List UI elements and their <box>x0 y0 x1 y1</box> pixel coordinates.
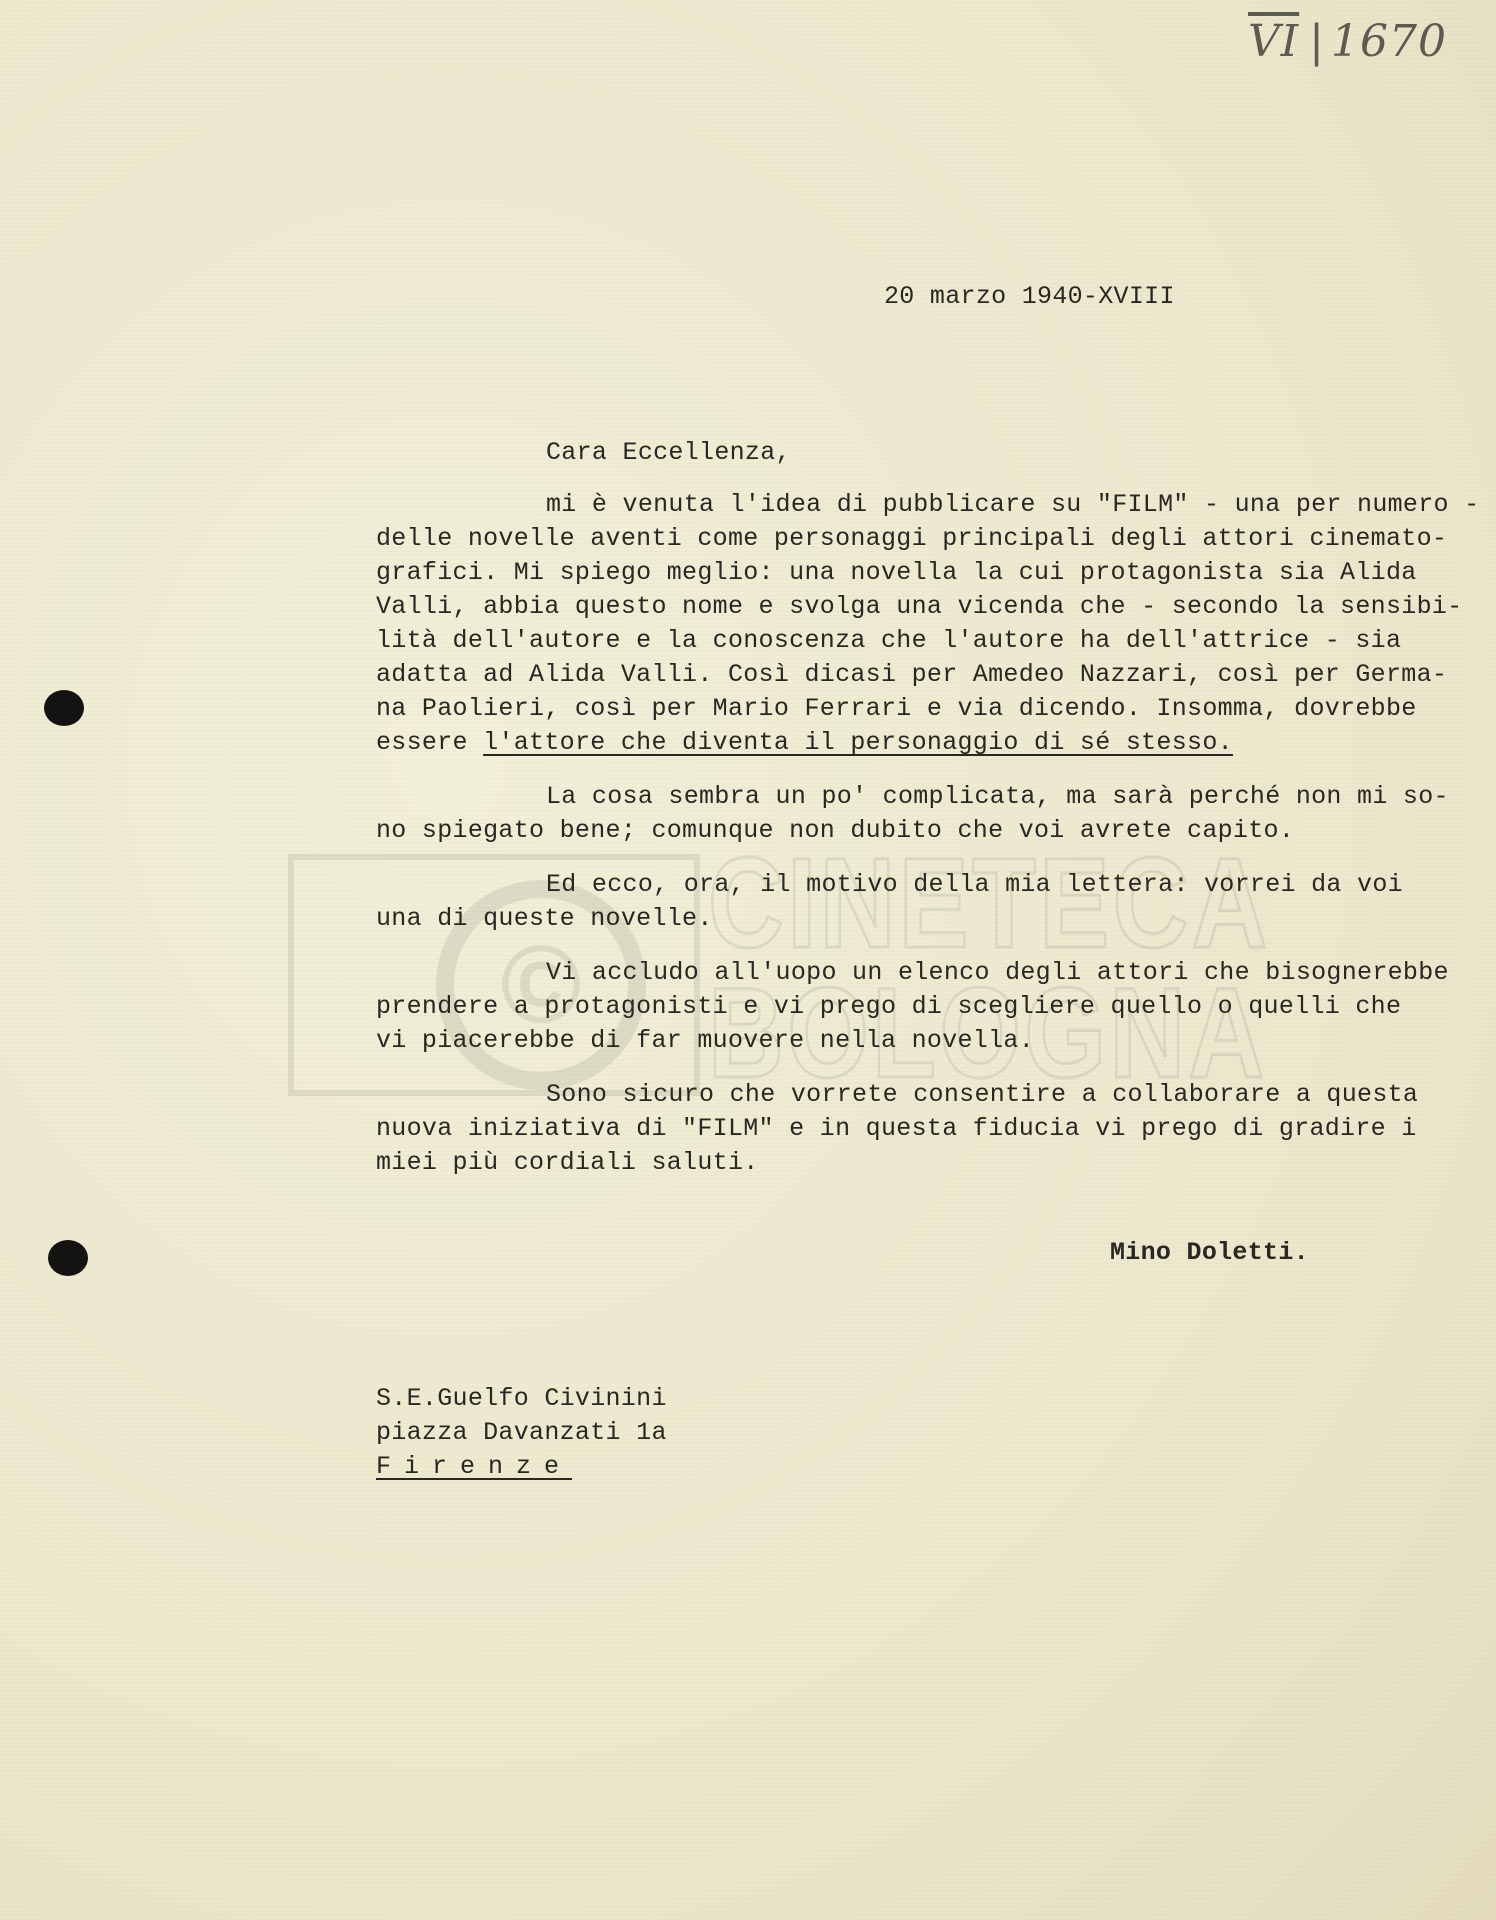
recipient-address: piazza Davanzati 1a <box>376 1416 667 1450</box>
punch-hole-bottom <box>48 1240 88 1276</box>
letter-body: Cara Eccellenza, mi è venuta l'idea di p… <box>376 436 1446 1200</box>
archive-mark-roman: VI <box>1248 14 1299 70</box>
signature: Mino Doletti. <box>1110 1236 1309 1270</box>
salutation: Cara Eccellenza, <box>376 436 1446 470</box>
paragraph-line: Sono sicuro che vorrete consentire a col… <box>376 1078 1446 1112</box>
letter-date: 20 marzo 1940-XVIII <box>884 280 1175 314</box>
paragraph-4: Vi accludo all'uopo un elenco degli atto… <box>376 956 1446 1058</box>
paragraph-2: La cosa sembra un po' complicata, ma sar… <box>376 780 1446 848</box>
paragraph-5: Sono sicuro che vorrete consentire a col… <box>376 1078 1446 1180</box>
paragraph-line: prendere a protagonisti e vi prego di sc… <box>376 990 1446 1024</box>
paragraph-line: delle novelle aventi come personaggi pri… <box>376 522 1446 556</box>
archive-mark-number: 1670 <box>1331 16 1447 67</box>
paragraph-1: mi è venuta l'idea di pubblicare su "FIL… <box>376 488 1446 760</box>
paragraph-line: mi è venuta l'idea di pubblicare su "FIL… <box>376 488 1446 522</box>
paragraph-line: no spiegato bene; comunque non dubito ch… <box>376 814 1446 848</box>
recipient-block: S.E.Guelfo Civinini piazza Davanzati 1a … <box>376 1382 667 1484</box>
paragraph-line: lità dell'autore e la conoscenza che l'a… <box>376 624 1446 658</box>
underlined-emphasis: l'attore che diventa il personaggio di s… <box>483 728 1233 757</box>
paragraph-line: Ed ecco, ora, il motivo della mia letter… <box>376 868 1446 902</box>
paragraph-line: adatta ad Alida Valli. Così dicasi per A… <box>376 658 1446 692</box>
paragraph-line: grafici. Mi spiego meglio: una novella l… <box>376 556 1446 590</box>
paragraph-line: nuova iniziativa di "FILM" e in questa f… <box>376 1112 1446 1146</box>
archive-mark-separator: | <box>1309 14 1325 70</box>
paragraph-3: Ed ecco, ora, il motivo della mia letter… <box>376 868 1446 936</box>
paragraph-line-prefix: essere <box>376 728 483 757</box>
paragraph-line: La cosa sembra un po' complicata, ma sar… <box>376 780 1446 814</box>
recipient-city: Firenze <box>376 1450 667 1484</box>
paragraph-line: Valli, abbia questo nome e svolga una vi… <box>376 590 1446 624</box>
punch-hole-top <box>44 690 84 726</box>
paragraph-line: una di queste novelle. <box>376 902 1446 936</box>
archive-mark: VI|1670 <box>1248 14 1448 70</box>
recipient-name: S.E.Guelfo Civinini <box>376 1382 667 1416</box>
paragraph-line: na Paolieri, così per Mario Ferrari e vi… <box>376 692 1446 726</box>
paragraph-line: Vi accludo all'uopo un elenco degli atto… <box>376 956 1446 990</box>
paragraph-line: miei più cordiali saluti. <box>376 1146 1446 1180</box>
paragraph-line: vi piacerebbe di far muovere nella novel… <box>376 1024 1446 1058</box>
paragraph-line: essere l'attore che diventa il personagg… <box>376 726 1446 760</box>
